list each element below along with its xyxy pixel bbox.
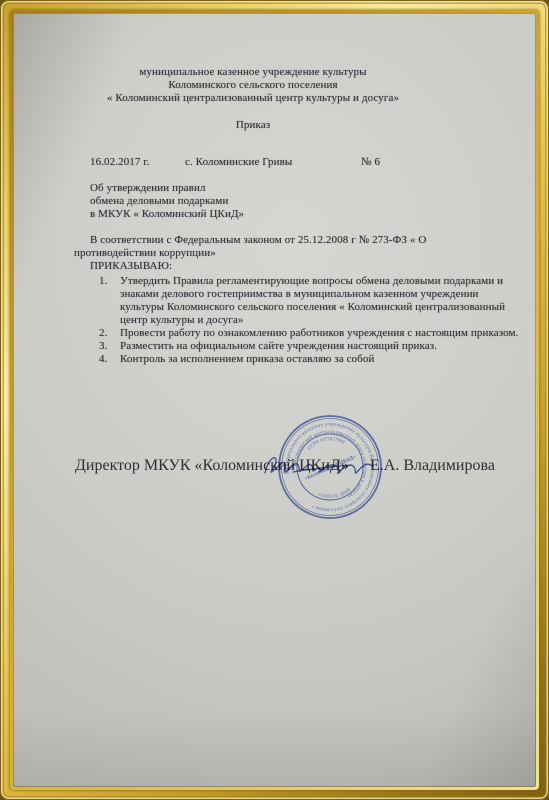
document-subject: Об утверждении правил обмена деловыми по… bbox=[90, 182, 521, 221]
preamble-paragraph: В соответствии с Федеральным законом от … bbox=[74, 234, 464, 260]
list-item-text: Утвердить Правила регламентирующие вопро… bbox=[120, 275, 521, 327]
dateline: 16.02.2017 г. с. Коломинские Гривы № 6 bbox=[74, 156, 521, 169]
list-item-number: 1. bbox=[99, 275, 120, 327]
list-item-number: 2. bbox=[99, 327, 120, 340]
stamp-inn-text: ИНН 70150025 bbox=[317, 485, 351, 500]
org-header-line3: « Коломинский централизованный центр кул… bbox=[74, 92, 432, 105]
list-item-text: Провести работу по ознакомлению работник… bbox=[120, 327, 521, 340]
list-item-text: Контроль за исполнением приказа оставляю… bbox=[120, 353, 521, 366]
handwritten-signature bbox=[259, 449, 381, 479]
scanned-document-page: муниципальное казенное учреждение культу… bbox=[13, 13, 536, 787]
subject-line3: в МКУК « Коломинский ЦКиД» bbox=[90, 208, 521, 221]
document-title: Приказ bbox=[74, 119, 432, 132]
order-word: ПРИКАЗЫВАЮ: bbox=[90, 260, 521, 273]
org-header-line1: муниципальное казенное учреждение культу… bbox=[74, 66, 432, 79]
list-item: 2. Провести работу по ознакомлению работ… bbox=[99, 327, 521, 340]
order-list: 1. Утвердить Правила регламентирующие во… bbox=[99, 275, 521, 366]
list-item: 4. Контроль за исполнением приказа остав… bbox=[99, 353, 521, 366]
gold-frame: муниципальное казенное учреждение культу… bbox=[0, 0, 549, 800]
org-header-line2: Коломинского сельского поселения bbox=[74, 79, 432, 92]
document-date: 16.02.2017 г. bbox=[90, 156, 150, 169]
org-header: муниципальное казенное учреждение культу… bbox=[74, 66, 432, 105]
signature-name: Е.А. Владимирова bbox=[370, 457, 495, 475]
list-item-number: 4. bbox=[99, 353, 120, 366]
subject-line2: обмена деловыми подарками bbox=[90, 195, 521, 208]
list-item-number: 3. bbox=[99, 340, 120, 353]
document-place: с. Коломинские Гривы bbox=[185, 156, 292, 169]
list-item: 1. Утвердить Правила регламентирующие во… bbox=[99, 275, 521, 327]
document-content: муниципальное казенное учреждение культу… bbox=[74, 66, 521, 366]
list-item: 3. Разместить на официальном сайте учреж… bbox=[99, 340, 521, 353]
list-item-text: Разместить на официальном сайте учрежден… bbox=[120, 340, 521, 353]
document-number: № 6 bbox=[361, 156, 380, 169]
subject-line1: Об утверждении правил bbox=[90, 182, 521, 195]
